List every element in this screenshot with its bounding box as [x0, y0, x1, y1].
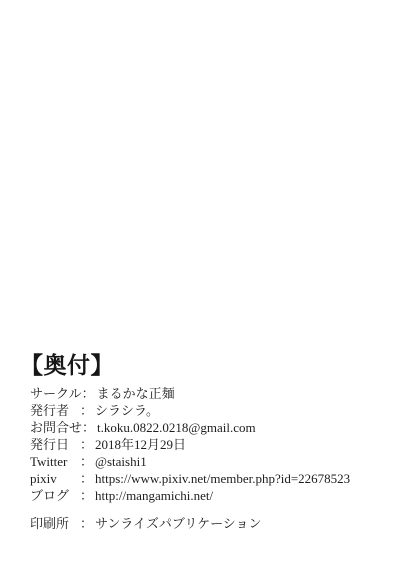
- row-value: 2018年12月29日: [95, 437, 186, 452]
- row-value-blog-url: http://mangamichi.net/: [95, 488, 213, 503]
- colophon-row-circle: サークル：まるかな正麺: [30, 385, 350, 402]
- row-value: シラシラ。: [95, 403, 159, 418]
- row-value-pixiv-url: https://www.pixiv.net/member.php?id=2267…: [95, 471, 350, 486]
- row-label: 発行日: [30, 436, 80, 453]
- row-separator: ：: [80, 471, 93, 486]
- row-separator: ：: [80, 488, 93, 503]
- row-separator: ：: [80, 454, 93, 469]
- row-separator: ：: [80, 437, 93, 452]
- row-value: サンライズパブリケーション: [95, 516, 262, 531]
- row-separator: ：: [82, 386, 95, 401]
- colophon-row-twitter: Twitter：@staishi1: [30, 453, 350, 470]
- row-label: pixiv: [30, 470, 80, 487]
- row-label: Twitter: [30, 453, 80, 470]
- colophon-row-printer: 印刷所：サンライズパブリケーション: [30, 515, 350, 532]
- colophon-row-pixiv: pixiv：https://www.pixiv.net/member.php?i…: [30, 470, 350, 487]
- row-value: まるかな正麺: [97, 386, 175, 401]
- colophon-row-publisher: 発行者：シラシラ。: [30, 402, 350, 419]
- row-separator: ：: [82, 420, 95, 435]
- colophon-page: 【奥付】 サークル：まるかな正麺 発行者：シラシラ。 お問合せ：t.koku.0…: [0, 0, 400, 565]
- row-label: 印刷所: [30, 515, 80, 532]
- row-separator: ：: [80, 516, 93, 531]
- row-separator: ：: [80, 403, 93, 418]
- colophon-heading: 【奥付】: [20, 347, 114, 380]
- row-value-twitter-handle: @staishi1: [95, 454, 147, 469]
- row-value-email: t.koku.0822.0218@gmail.com: [97, 420, 256, 435]
- row-label: ブログ: [30, 487, 80, 504]
- row-label: 発行者: [30, 402, 80, 419]
- colophon-info-list: サークル：まるかな正麺 発行者：シラシラ。 お問合せ：t.koku.0822.0…: [30, 385, 350, 532]
- colophon-row-issue-date: 発行日：2018年12月29日: [30, 436, 350, 453]
- colophon-row-contact: お問合せ：t.koku.0822.0218@gmail.com: [30, 419, 350, 436]
- colophon-row-blog: ブログ：http://mangamichi.net/: [30, 487, 350, 504]
- row-label: お問合せ: [30, 419, 82, 436]
- row-label: サークル: [30, 385, 82, 402]
